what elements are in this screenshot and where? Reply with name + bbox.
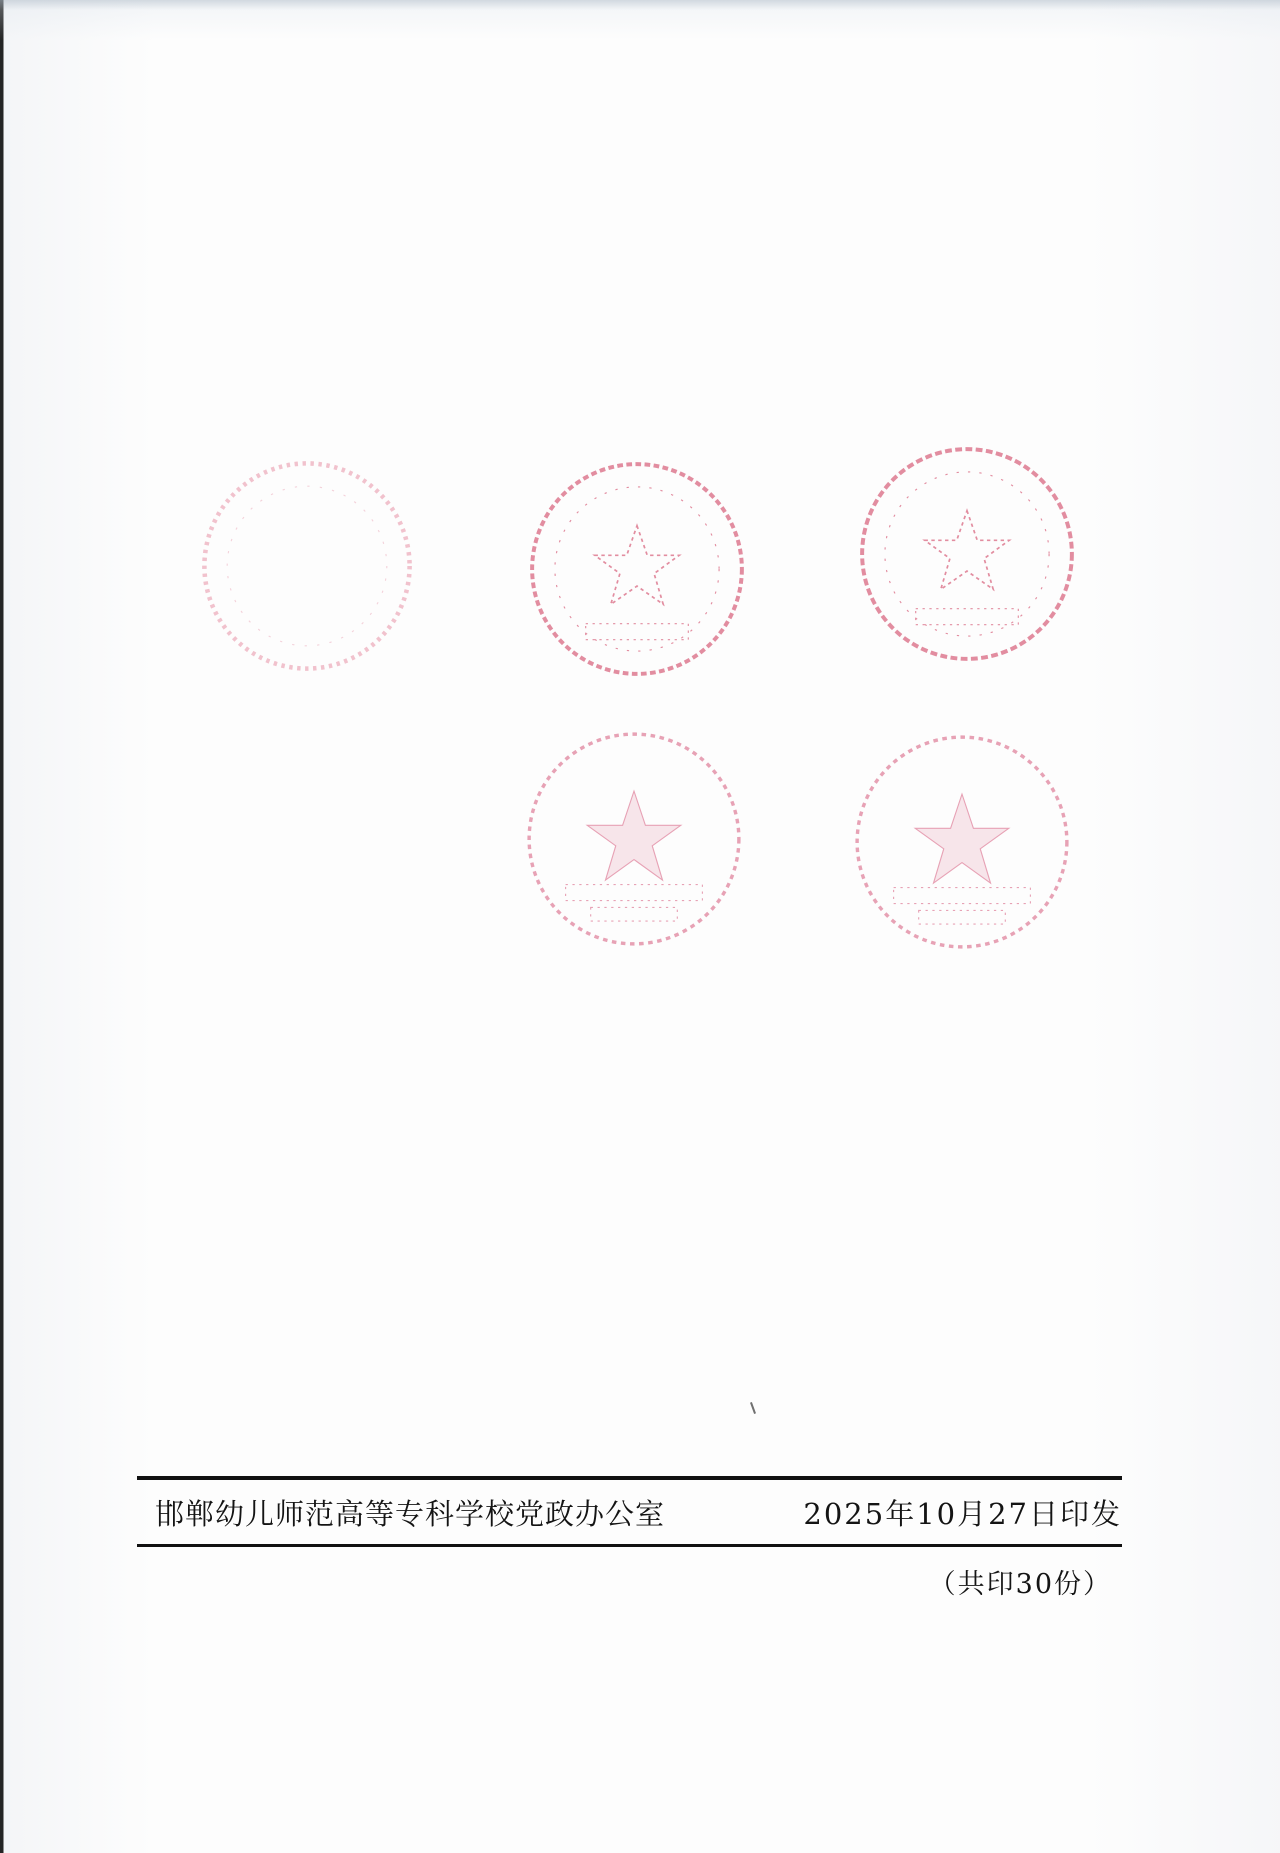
official-seal-5 <box>848 728 1076 956</box>
issue-date: 2025年10月27日印发 <box>803 1492 1122 1533</box>
seal-star-icon <box>853 440 1081 668</box>
issuing-office: 邯郸幼儿师范高等专科学校党政办公室 <box>137 1492 665 1533</box>
official-seal-4 <box>520 725 748 953</box>
seal-star-icon <box>520 725 748 953</box>
official-seal-2 <box>523 455 751 683</box>
scan-speck <box>750 1402 756 1414</box>
footer-bottom-rule <box>137 1544 1122 1547</box>
seal-star-icon <box>848 728 1076 956</box>
scanned-page: 邯郸幼儿师范高等专科学校党政办公室 2025年10月27日印发 （共印30份） <box>0 0 1280 1853</box>
seal-star-icon <box>523 455 751 683</box>
official-seal-1 <box>193 452 421 680</box>
footer-row: 邯郸幼儿师范高等专科学校党政办公室 2025年10月27日印发 <box>137 1480 1122 1544</box>
scan-edge-shadow <box>0 0 1280 10</box>
official-seal-3 <box>853 440 1081 668</box>
print-copies: （共印30份） <box>929 1562 1122 1601</box>
document-footer: 邯郸幼儿师范高等专科学校党政办公室 2025年10月27日印发 （共印30份） <box>137 1476 1122 1547</box>
seal-icon <box>193 452 421 680</box>
